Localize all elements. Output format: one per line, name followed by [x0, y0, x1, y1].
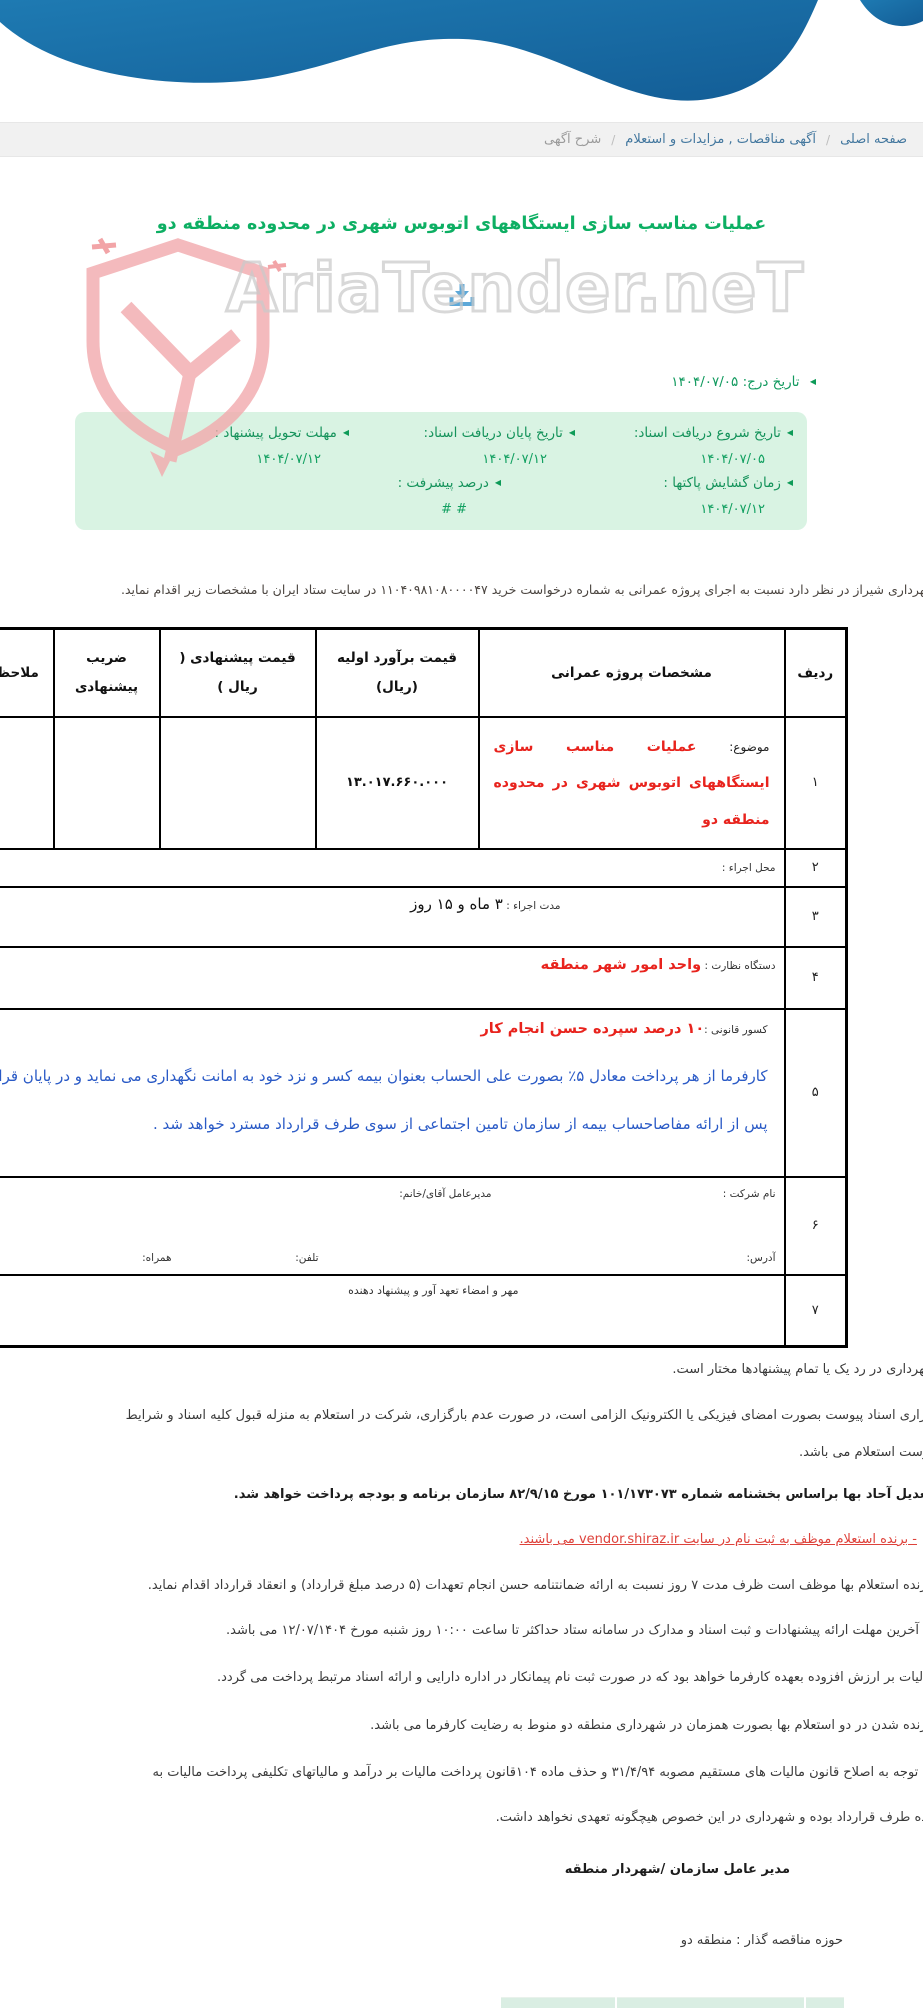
note-paragraph: برنده شدن در دو استعلام بها بصورت همزمان… [370, 1718, 923, 1733]
table-row: ۶ نام شرکت : مدیرعامل آقای/خانم: آدرس: ت… [0, 1177, 847, 1275]
col-header-notes: ملاحظات [0, 629, 54, 717]
breadcrumb-separator: / [826, 133, 830, 147]
table-row: ۳ مدت اجراء : ۳ ماه و ۱۵ روز [0, 887, 847, 947]
signature-cell: مهر و امضاء تعهد آور و پیشنهاد دهنده [0, 1275, 785, 1347]
row-number: ۱ [785, 717, 847, 849]
green-triangle-icon: ◀ [810, 377, 816, 386]
table-row: ۱ موضوع: عملیات مناسب سازی ایستگاههای ات… [0, 717, 847, 849]
row-number: ۶ [785, 1177, 847, 1275]
note-paragraph: آخرین مهلت ارائه پیشنهادات و ثبت اسناد و… [226, 1623, 919, 1638]
watermark-text: AriaTender.neT [226, 249, 804, 327]
table-row: ۷ مهر و امضاء تعهد آور و پیشنهاد دهنده [0, 1275, 847, 1347]
supervisor-cell: دستگاه نظارت : واحد امور شهر منطقه [0, 947, 785, 1009]
intro-paragraph: شهرداری شیراز در نظر دارد نسبت به اجرای … [121, 582, 923, 597]
notes-cell [0, 717, 54, 849]
tender-issuer: حوزه مناقصه گذار : منطقه دو [681, 1933, 843, 1948]
breadcrumb-separator: / [611, 133, 615, 147]
next-table-header-cell [617, 1997, 804, 2008]
note-paragraph-adjustment: تعدیل آحاد بها براساس بخشنامه شماره ۱۰۱/… [234, 1487, 923, 1502]
location-cell: محل اجراء : [0, 849, 785, 887]
proposed-price-cell [160, 717, 316, 849]
green-triangle-icon: ◀ [569, 428, 575, 437]
subject-label: موضوع: [729, 740, 769, 754]
note-paragraph: پیوست استعلام می باشد. [799, 1445, 923, 1460]
signatory-title: مدیر عامل سازمان /شهردار منطقه [565, 1862, 790, 1877]
col-header-proposed: قیمت پیشنهادی ( ریال ) [160, 629, 316, 717]
tender-detail-page: صفحه اصلی / آگهی مناقصات , مزایدات و است… [0, 0, 923, 2008]
end-date-value: ۱۴۰۴/۰۷/۱۲ [482, 452, 547, 467]
row-number: ۳ [785, 887, 847, 947]
duration-cell: مدت اجراء : ۳ ماه و ۱۵ روز [0, 887, 785, 947]
green-triangle-icon: ◀ [787, 478, 793, 487]
note-paragraph: بارگزاری اسناد پیوست بصورت امضای فیزیکی … [126, 1408, 923, 1423]
company-name-label: نام شرکت : [723, 1188, 776, 1200]
green-triangle-icon: ◀ [343, 428, 349, 437]
phone-label: تلفن: [295, 1252, 318, 1264]
estimate-price: ۱۳.۰۱۷.۶۶۰.۰۰۰ [316, 717, 479, 849]
posted-date-value: ۱۴۰۴/۰۷/۰۵ [671, 374, 738, 390]
progress-value: # # [441, 502, 467, 517]
header-wave [0, 0, 923, 130]
address-label: آدرس: [746, 1252, 775, 1264]
end-date-label: ◀تاریخ پایان دریافت اسناد: [424, 425, 575, 441]
progress-label: ◀درصد پیشرفت : [398, 475, 501, 491]
col-header-coefficient: ضریب پیشنهادی [54, 629, 160, 717]
breadcrumb: صفحه اصلی / آگهی مناقصات , مزایدات و است… [0, 122, 923, 157]
manager-label: مدیرعامل آقای/خانم: [399, 1188, 491, 1200]
note-paragraph: بعهده طرف قرارداد بوده و شهرداری در این … [496, 1810, 923, 1825]
table-row: ۴ دستگاه نظارت : واحد امور شهر منطقه [0, 947, 847, 1009]
breadcrumb-tenders-link[interactable]: آگهی مناقصات , مزایدات و استعلام [625, 132, 816, 147]
project-spec-table: ردیف مشخصات پروژه عمرانی قیمت برآورد اول… [0, 627, 848, 1348]
dates-info-box: ◀تاریخ شروع دریافت اسناد: ۱۴۰۴/۰۷/۰۵ ◀تا… [75, 412, 807, 530]
supervisor-value: واحد امور شهر منطقه [541, 957, 701, 973]
col-header-specs: مشخصات پروژه عمرانی [479, 629, 785, 717]
breadcrumb-current: شرح آگهی [544, 132, 601, 147]
table-header-row: ردیف مشخصات پروژه عمرانی قیمت برآورد اول… [0, 629, 847, 717]
col-header-row-number: ردیف [785, 629, 847, 717]
opening-time-value: ۱۴۰۴/۰۷/۱۲ [700, 502, 765, 517]
deadline-label: ◀مهلت تحویل پیشنهاد : [215, 425, 349, 441]
posted-date: ◀ تاریخ درج: ۱۴۰۴/۰۷/۰۵ [671, 374, 816, 390]
deadline-value: ۱۴۰۴/۰۷/۱۲ [256, 452, 321, 467]
download-icon[interactable] [448, 283, 475, 307]
company-info-cell: نام شرکت : مدیرعامل آقای/خانم: آدرس: تلف… [0, 1177, 785, 1275]
start-date-label: ◀تاریخ شروع دریافت اسناد: [634, 425, 793, 441]
next-table-header-cell [806, 1997, 844, 2008]
deductions-cell: کسور قانونی :۱۰ درصد سپرده حسن انجام کار… [0, 1009, 785, 1177]
row-number: ۷ [785, 1275, 847, 1347]
insurance-note-line1: کارفرما از هر پرداخت معادل ۵٪ بصورت علی … [0, 1067, 778, 1085]
duration-value: ۳ ماه و ۱۵ روز [410, 895, 503, 913]
opening-time-label: ◀زمان گشایش پاکتها : [663, 475, 793, 491]
insurance-note-line2: پس از ارائه مفاصاحساب بیمه از سازمان تام… [0, 1115, 778, 1133]
table-row: ۵ کسور قانونی :۱۰ درصد سپرده حسن انجام ک… [0, 1009, 847, 1177]
table-row: ۲ محل اجراء : [0, 849, 847, 887]
coefficient-cell [54, 717, 160, 849]
note-paragraph: برنده استعلام بها موظف است ظرف مدت ۷ روز… [148, 1578, 923, 1593]
note-paragraph: شهرداری در رد یک یا تمام پیشنهادها مختار… [672, 1362, 923, 1377]
green-triangle-icon: ◀ [495, 478, 501, 487]
row-number: ۵ [785, 1009, 847, 1177]
row-number: ۴ [785, 947, 847, 1009]
note-paragraph: مالیات بر ارزش افزوده بعهده کارفرما خواه… [217, 1670, 923, 1685]
page-title: عملیات مناسب سازی ایستگاههای اتوبوس شهری… [0, 214, 923, 234]
col-header-estimate: قیمت برآورد اولیه (ریال) [316, 629, 479, 717]
green-triangle-icon: ◀ [787, 428, 793, 437]
note-paragraph: با توجه به اصلاح قانون مالیات های مستقیم… [153, 1765, 923, 1780]
next-table-header-cell [501, 1997, 615, 2008]
deduction-value: ۱۰ درصد سپرده حسن انجام کار [480, 1021, 704, 1037]
subject-cell: موضوع: عملیات مناسب سازی ایستگاههای اتوب… [479, 717, 785, 849]
start-date-value: ۱۴۰۴/۰۷/۰۵ [700, 452, 765, 467]
mobile-label: همراه: [142, 1252, 171, 1264]
breadcrumb-home-link[interactable]: صفحه اصلی [840, 132, 907, 147]
row-number: ۲ [785, 849, 847, 887]
note-paragraph-vendor-link[interactable]: - برنده استعلام موظف به ثبت نام در سایت … [520, 1532, 917, 1547]
posted-date-label: تاریخ درج: [743, 374, 800, 390]
